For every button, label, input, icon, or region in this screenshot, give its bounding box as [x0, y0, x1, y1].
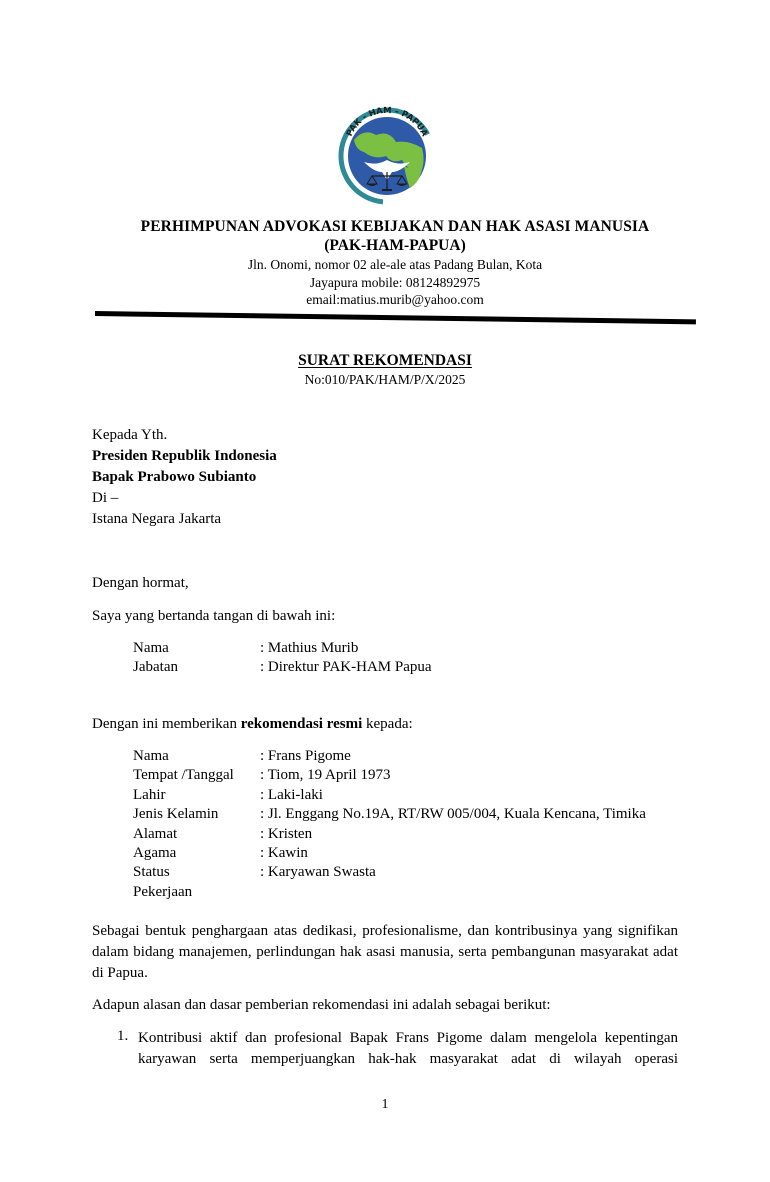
recipient-salutation: Kepada Yth. — [92, 427, 167, 444]
organization-logo: PAK - HAM - PAPUA — [334, 100, 440, 206]
recommended-value: : Kristen — [260, 826, 312, 843]
signer-value: : Direktur PAK-HAM Papua — [260, 659, 432, 676]
recommended-label: Tempat /Tanggal — [133, 767, 234, 784]
document-title-text: SURAT REKOMENDASI — [298, 352, 472, 369]
greeting: Dengan hormat, — [92, 575, 189, 592]
document-title: SURAT REKOMENDASI — [0, 352, 770, 370]
intro-before: Dengan ini memberikan — [92, 716, 241, 732]
recommended-label: Agama — [133, 845, 176, 862]
letterhead-divider — [95, 311, 696, 324]
recipient-line-4: Istana Negara Jakarta — [92, 511, 221, 528]
recommended-value: : Frans Pigome — [260, 748, 351, 765]
signer-value: : Mathius Murib — [260, 640, 358, 657]
recommended-label: Nama — [133, 748, 169, 765]
recommended-label: Pekerjaan — [133, 884, 192, 901]
intro-after: kepada: — [362, 716, 412, 732]
recommended-label: Status — [133, 864, 170, 881]
signer-label: Nama — [133, 640, 169, 657]
address-line-2: Jayapura mobile: 08124892975 — [90, 275, 700, 291]
recommended-label: Jenis Kelamin — [133, 806, 218, 823]
page-number: 1 — [0, 1097, 770, 1113]
email-line: email:matius.murib@yahoo.com — [90, 292, 700, 308]
intro-text: Saya yang bertanda tangan di bawah ini: — [92, 608, 335, 625]
intro-bold: rekomendasi resmi — [241, 716, 363, 732]
recommended-label: Alamat — [133, 826, 177, 843]
recommended-value: : Tiom, 19 April 1973 — [260, 767, 390, 784]
document-page: PAK - HAM - PAPUA PERHIMPUNAN ADVOKASI K… — [0, 0, 770, 1182]
body-paragraph-2: Adapun alasan dan dasar pemberian rekome… — [92, 995, 678, 1016]
recipient-line-2: Bapak Prabowo Subianto — [92, 469, 256, 486]
recipient-line-3: Di – — [92, 490, 118, 507]
list-item-text: Kontribusi aktif dan profesional Bapak F… — [138, 1028, 678, 1070]
document-number: No:010/PAK/HAM/P/X/2025 — [0, 372, 770, 388]
organization-name: PERHIMPUNAN ADVOKASI KEBIJAKAN DAN HAK A… — [90, 218, 700, 236]
list-item-number: 1. — [117, 1028, 128, 1045]
recommended-value: : Jl. Enggang No.19A, RT/RW 005/004, Kua… — [260, 806, 646, 823]
recommended-value: : Kawin — [260, 845, 308, 862]
organization-abbreviation: (PAK-HAM-PAPUA) — [90, 237, 700, 255]
recommended-label: Lahir — [133, 787, 165, 804]
globe-dove-scales-icon: PAK - HAM - PAPUA — [334, 100, 440, 206]
body-paragraph-1: Sebagai bentuk penghargaan atas dedikasi… — [92, 921, 678, 984]
recommended-value: : Karyawan Swasta — [260, 864, 376, 881]
address-line-1: Jln. Onomi, nomor 02 ale-ale atas Padang… — [90, 257, 700, 273]
recommendation-intro: Dengan ini memberikan rekomendasi resmi … — [92, 716, 413, 733]
recipient-line-1: Presiden Republik Indonesia — [92, 448, 277, 465]
recommended-value: : Laki-laki — [260, 787, 323, 804]
signer-label: Jabatan — [133, 659, 178, 676]
